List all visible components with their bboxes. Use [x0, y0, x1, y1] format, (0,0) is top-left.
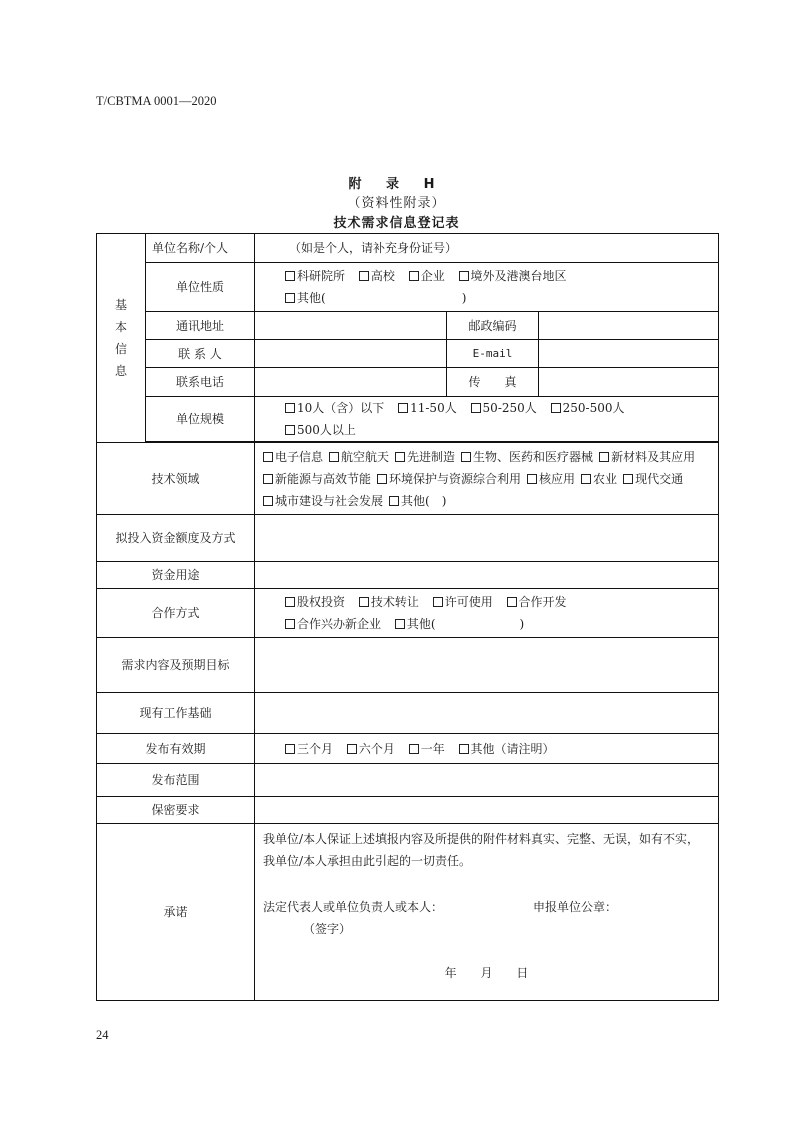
date-day-label: 日: [516, 966, 528, 980]
fund-use-label: 资金用途: [97, 562, 255, 589]
option-label: 其他(: [297, 291, 326, 305]
phone-label: 联系电话: [146, 368, 255, 397]
row-tech-field: 技术领域 电子信息航空航天先进制造生物、医药和医疗器械新材料及其应用新能源与高效…: [97, 443, 719, 515]
checkbox-enterprise[interactable]: 企业: [409, 269, 445, 283]
appendix-heading: 附 录 H: [0, 173, 793, 192]
legal-rep-label: 法定代表人或单位负责人或本人：: [263, 896, 533, 918]
checkbox-icon: [263, 496, 273, 506]
checkbox-research-institute[interactable]: 科研院所: [285, 269, 345, 283]
checkbox-icon: [359, 271, 369, 281]
checkbox-icon: [433, 597, 443, 607]
checkbox-icon: [285, 744, 295, 754]
checkbox-validity-other[interactable]: 其他（请注明）: [459, 742, 555, 756]
address-label: 通讯地址: [146, 312, 255, 340]
unit-nature-options: 科研院所 高校 企业 境外及港澳台地区 其他(): [255, 263, 719, 312]
checkbox-advanced-manufacturing[interactable]: 先进制造: [395, 450, 455, 464]
checkbox-aerospace[interactable]: 航空航天: [329, 450, 389, 464]
checkbox-icon: [395, 452, 405, 462]
option-label: 现代交通: [635, 472, 683, 486]
option-label: 境外及港澳台地区: [471, 269, 567, 283]
checkbox-icon: [409, 744, 419, 754]
checkbox-icon: [507, 597, 517, 607]
option-label: 企业: [421, 269, 445, 283]
option-label: 三个月: [297, 742, 333, 756]
appendix-type: （资料性附录）: [0, 192, 793, 211]
option-label: 六个月: [359, 742, 395, 756]
checkbox-icon: [409, 271, 419, 281]
option-label: 合作兴办新企业: [297, 617, 381, 631]
checkbox-icon: [329, 452, 339, 462]
checkbox-icon: [263, 474, 273, 484]
option-label: 农业: [593, 472, 617, 486]
checkbox-icon: [359, 597, 369, 607]
work-basis-label: 现有工作基础: [97, 693, 255, 734]
option-label: 新材料及其应用: [611, 450, 695, 464]
checkbox-urban-development[interactable]: 城市建设与社会发展: [263, 494, 383, 508]
option-label: 科研院所: [297, 269, 345, 283]
row-cooperation: 合作方式 股权投资 技术转让 许可使用 合作开发 合作兴办新企业 其他(): [97, 589, 719, 638]
row-pledge: 承诺 我单位/本人保证上述填报内容及所提供的附件材料真实、完整、无误，如有不实，…: [97, 824, 719, 1001]
checkbox-icon: [263, 452, 273, 462]
option-label: 航空航天: [341, 450, 389, 464]
row-unit-name: 基 本 信 息 单位名称/个人 （如是个人，请补充身份证号）: [97, 234, 719, 263]
work-basis-field[interactable]: [255, 693, 719, 734]
row-demand: 需求内容及预期目标: [97, 638, 719, 693]
checkbox-icon: [347, 744, 357, 754]
row-confidentiality: 保密要求: [97, 797, 719, 824]
checkbox-agriculture[interactable]: 农业: [581, 472, 617, 486]
checkbox-icon: [389, 496, 399, 506]
fax-field[interactable]: [539, 368, 719, 397]
seal-label: 申报单位公章：: [533, 896, 617, 918]
fund-use-field[interactable]: [255, 562, 719, 589]
checkbox-university[interactable]: 高校: [359, 269, 395, 283]
scale-label: 单位规模: [146, 397, 255, 442]
checkbox-overseas-hk-macao-taiwan[interactable]: 境外及港澳台地区: [459, 269, 567, 283]
row-work-basis: 现有工作基础: [97, 693, 719, 734]
row-unit-nature: 单位性质 科研院所 高校 企业 境外及港澳台地区 其他(): [97, 263, 719, 312]
registration-form-table: 基 本 信 息 单位名称/个人 （如是个人，请补充身份证号） 单位性质 科研院所…: [96, 233, 719, 1001]
checkbox-icon: [459, 744, 469, 754]
checkbox-icon: [285, 597, 295, 607]
pledge-label: 承诺: [97, 824, 255, 1001]
checkbox-icon: [285, 425, 295, 435]
confidentiality-label: 保密要求: [97, 797, 255, 824]
group-char: 息: [103, 360, 139, 382]
scope-field[interactable]: [255, 764, 719, 797]
checkbox-icon: [471, 403, 481, 413]
contact-label: 联 系 人: [146, 340, 255, 368]
unit-name-label: 单位名称/个人: [146, 234, 255, 263]
option-label: 合作开发: [519, 595, 567, 609]
postcode-field[interactable]: [539, 312, 719, 340]
investment-label: 拟投入资金额度及方式: [97, 515, 255, 562]
checkbox-tech-other[interactable]: 其他( ): [389, 494, 446, 508]
date-year-label: 年: [445, 966, 457, 980]
checkbox-biomedical[interactable]: 生物、医药和医疗器械: [461, 450, 593, 464]
checkbox-icon: [581, 474, 591, 484]
checkbox-icon: [461, 452, 471, 462]
group-char: 本: [103, 316, 139, 338]
fax-label: 传 真: [447, 368, 539, 397]
email-field[interactable]: [539, 340, 719, 368]
date-month-label: 月: [480, 966, 492, 980]
checkbox-scale-50-250[interactable]: 50-250人: [471, 401, 537, 415]
checkbox-one-year[interactable]: 一年: [409, 742, 445, 756]
checkbox-icon: [395, 619, 405, 629]
checkbox-three-months[interactable]: 三个月: [285, 742, 333, 756]
pledge-statement: 我单位/本人保证上述填报内容及所提供的附件材料真实、完整、无误，如有不实，我单位…: [263, 828, 710, 872]
option-label: 核应用: [539, 472, 575, 486]
paren-close: ): [462, 291, 467, 305]
option-label: 新能源与高效节能: [275, 472, 371, 486]
option-label: 一年: [421, 742, 445, 756]
checkbox-icon: [377, 474, 387, 484]
checkbox-icon: [623, 474, 633, 484]
row-validity: 发布有效期 三个月 六个月 一年 其他（请注明）: [97, 734, 719, 764]
checkbox-icon: [398, 403, 408, 413]
checkbox-new-energy[interactable]: 新能源与高效节能: [263, 472, 371, 486]
option-label: 先进制造: [407, 450, 455, 464]
option-label: 许可使用: [445, 595, 493, 609]
checkbox-icon: [551, 403, 561, 413]
tech-field-label: 技术领域: [97, 443, 255, 515]
standard-code: T/CBTMA 0001—2020: [96, 94, 217, 109]
checkbox-tech-transfer[interactable]: 技术转让: [359, 595, 419, 609]
pledge-date[interactable]: 年 月 日: [263, 962, 710, 984]
phone-field[interactable]: [255, 368, 447, 397]
option-label: 其他（请注明）: [471, 742, 555, 756]
postcode-label: 邮政编码: [447, 312, 539, 340]
row-phone: 联系电话 传 真: [97, 368, 719, 397]
checkbox-joint-development[interactable]: 合作开发: [507, 595, 567, 609]
validity-label: 发布有效期: [97, 734, 255, 764]
option-label: 城市建设与社会发展: [275, 494, 383, 508]
checkbox-scale-250-500[interactable]: 250-500人: [551, 401, 625, 415]
checkbox-electronic-info[interactable]: 电子信息: [263, 450, 323, 464]
validity-options: 三个月 六个月 一年 其他（请注明）: [255, 734, 719, 764]
row-fund-use: 资金用途: [97, 562, 719, 589]
unit-name-field[interactable]: （如是个人，请补充身份证号）: [255, 234, 719, 263]
group-char: 基: [103, 294, 139, 316]
checkbox-icon: [459, 271, 469, 281]
address-field[interactable]: [255, 312, 447, 340]
scale-options: 10人（含）以下 11-50人 50-250人 250-500人 500人以上: [255, 397, 719, 442]
checkbox-six-months[interactable]: 六个月: [347, 742, 395, 756]
page-number: 24: [96, 1028, 109, 1043]
signature-line: 法定代表人或单位负责人或本人： 申报单位公章：: [263, 896, 710, 918]
row-contact: 联 系 人 E-mail: [97, 340, 719, 368]
row-scope: 发布范围: [97, 764, 719, 797]
scope-label: 发布范围: [97, 764, 255, 797]
demand-label: 需求内容及预期目标: [97, 638, 255, 693]
confidentiality-field[interactable]: [255, 797, 719, 824]
option-label: 50-250人: [483, 401, 537, 415]
signature-hint: （签字）: [263, 918, 710, 940]
cooperation-label: 合作方式: [97, 589, 255, 638]
row-investment: 拟投入资金额度及方式: [97, 515, 719, 562]
checkbox-licensing[interactable]: 许可使用: [433, 595, 493, 609]
row-address: 通讯地址 邮政编码: [97, 312, 719, 340]
option-label: 高校: [371, 269, 395, 283]
checkbox-other[interactable]: 其他(: [285, 291, 326, 305]
pledge-content: 我单位/本人保证上述填报内容及所提供的附件材料真实、完整、无误，如有不实，我单位…: [255, 824, 719, 1001]
checkbox-equity-investment[interactable]: 股权投资: [285, 595, 345, 609]
checkbox-scale-over-500[interactable]: 500人以上: [285, 423, 356, 437]
basic-info-group-label: 基 本 信 息: [97, 234, 146, 443]
option-label: 其他( ): [401, 494, 446, 508]
option-label: 技术转让: [371, 595, 419, 609]
option-label: 其他(: [407, 617, 436, 631]
option-label: 500人以上: [297, 423, 356, 437]
paren-close: ): [520, 617, 525, 631]
checkbox-new-materials[interactable]: 新材料及其应用: [599, 450, 695, 464]
option-label: 电子信息: [275, 450, 323, 464]
checkbox-icon: [527, 474, 537, 484]
checkbox-joint-venture[interactable]: 合作兴办新企业: [285, 617, 381, 631]
checkbox-icon: [599, 452, 609, 462]
checkbox-modern-transport[interactable]: 现代交通: [623, 472, 683, 486]
email-label: E-mail: [447, 340, 539, 368]
investment-field[interactable]: [255, 515, 719, 562]
unit-nature-label: 单位性质: [146, 263, 255, 312]
row-unit-scale: 单位规模 10人（含）以下 11-50人 50-250人 250-500人 50…: [97, 397, 719, 442]
cooperation-options: 股权投资 技术转让 许可使用 合作开发 合作兴办新企业 其他(): [255, 589, 719, 638]
checkbox-scale-under-10[interactable]: 10人（含）以下: [285, 401, 384, 415]
checkbox-cooperation-other[interactable]: 其他(: [395, 617, 436, 631]
option-label: 环境保护与资源综合利用: [389, 472, 521, 486]
checkbox-icon: [285, 271, 295, 281]
tech-field-options: 电子信息航空航天先进制造生物、医药和医疗器械新材料及其应用新能源与高效节能环境保…: [255, 443, 719, 515]
option-label: 生物、医药和医疗器械: [473, 450, 593, 464]
checkbox-scale-11-50[interactable]: 11-50人: [398, 401, 457, 415]
unit-name-hint: （如是个人，请补充身份证号）: [289, 241, 457, 255]
checkbox-icon: [285, 293, 295, 303]
group-char: 信: [103, 338, 139, 360]
checkbox-environment[interactable]: 环境保护与资源综合利用: [377, 472, 521, 486]
checkbox-icon: [285, 403, 295, 413]
form-title: 技术需求信息登记表: [0, 212, 793, 231]
option-label: 股权投资: [297, 595, 345, 609]
option-label: 250-500人: [563, 401, 625, 415]
contact-field[interactable]: [255, 340, 447, 368]
option-label: 10人（含）以下: [297, 401, 384, 415]
demand-field[interactable]: [255, 638, 719, 693]
checkbox-icon: [285, 619, 295, 629]
option-label: 11-50人: [410, 401, 457, 415]
checkbox-nuclear[interactable]: 核应用: [527, 472, 575, 486]
